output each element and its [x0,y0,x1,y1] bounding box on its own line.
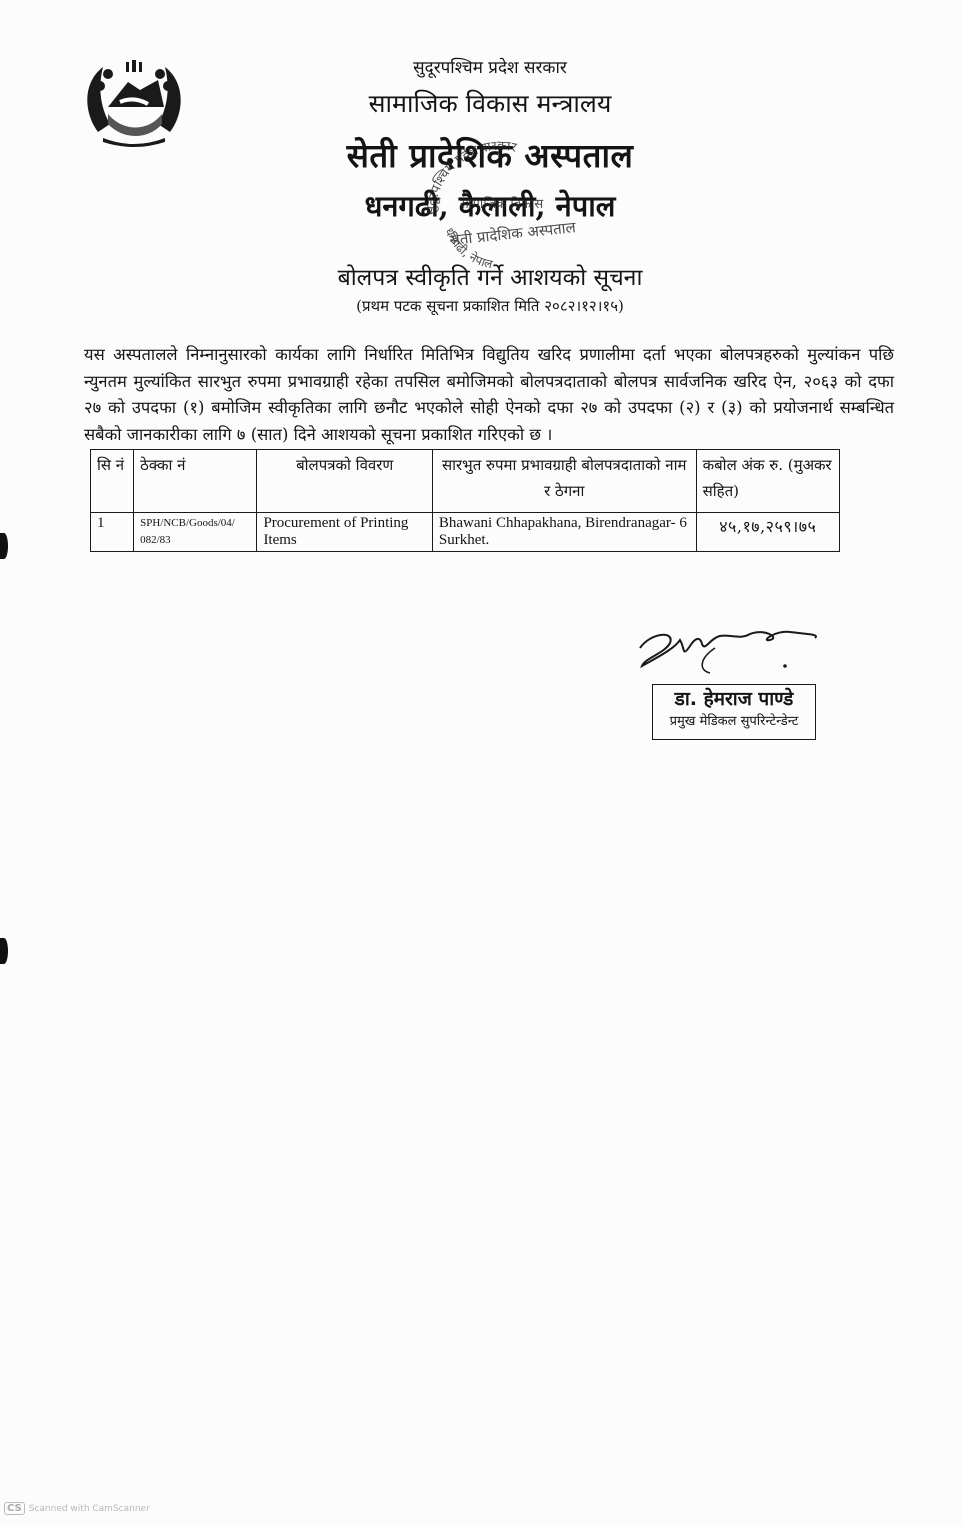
cell-sn: 1 [91,513,134,552]
signature-icon [630,618,830,676]
notice-body: यस अस्पतालले निम्नानुसारको कार्यका लागि … [84,342,894,448]
table-row: 1 SPH/NCB/Goods/04/ 082/83 Procurement o… [91,513,840,552]
government-name: सुदूरपश्चिम प्रदेश सरकार [280,55,700,78]
hospital-name: सेती प्रादेशिक अस्पताल [280,132,700,177]
bid-table: सि नं ठेक्का नं बोलपत्रको विवरण सारभुत र… [90,449,840,552]
header-sn: सि नं [91,450,134,513]
punch-hole-icon [0,938,8,964]
signatory-name: डा. हेमराज पाण्डे [653,685,815,713]
header-amount: कबोल अंक रु. (मुअकर सहित) [696,450,839,513]
notice-title: बोलपत्र स्वीकृति गर्ने आशयको सूचना [280,260,700,292]
cell-description: Procurement of Printing Items [257,513,432,552]
scanner-footer: CS Scanned with CamScanner [4,1502,150,1515]
punch-hole-icon [0,533,8,559]
camscanner-logo-icon: CS [4,1502,25,1515]
header-description: बोलपत्रको विवरण [257,450,432,513]
signatory-title: प्रमुख मेडिकल सुपरिन्टेन्डेन्ट [653,713,815,731]
nepal-emblem-icon [78,52,190,152]
header-contract-no: ठेक्का नं [134,450,257,513]
signatory-box: डा. हेमराज पाण्डे प्रमुख मेडिकल सुपरिन्ट… [652,684,816,740]
table-header-row: सि नं ठेक्का नं बोलपत्रको विवरण सारभुत र… [91,450,840,513]
cell-amount: ४५,१७,२५९।७५ [696,513,839,552]
scanner-text: Scanned with CamScanner [29,1504,150,1514]
cell-bidder: Bhawani Chhapakhana, Birendranagar- 6 Su… [432,513,696,552]
ministry-name: सामाजिक विकास मन्त्रालय [280,86,700,120]
header-bidder: सारभुत रुपमा प्रभावग्राही बोलपत्रदाताको … [432,450,696,513]
hospital-address: धनगढी, कैलाली, नेपाल [280,186,700,225]
cell-contract-no: SPH/NCB/Goods/04/ 082/83 [134,513,257,552]
publication-date: (प्रथम पटक सूचना प्रकाशित मिति २०८२।१२।१… [280,296,700,316]
